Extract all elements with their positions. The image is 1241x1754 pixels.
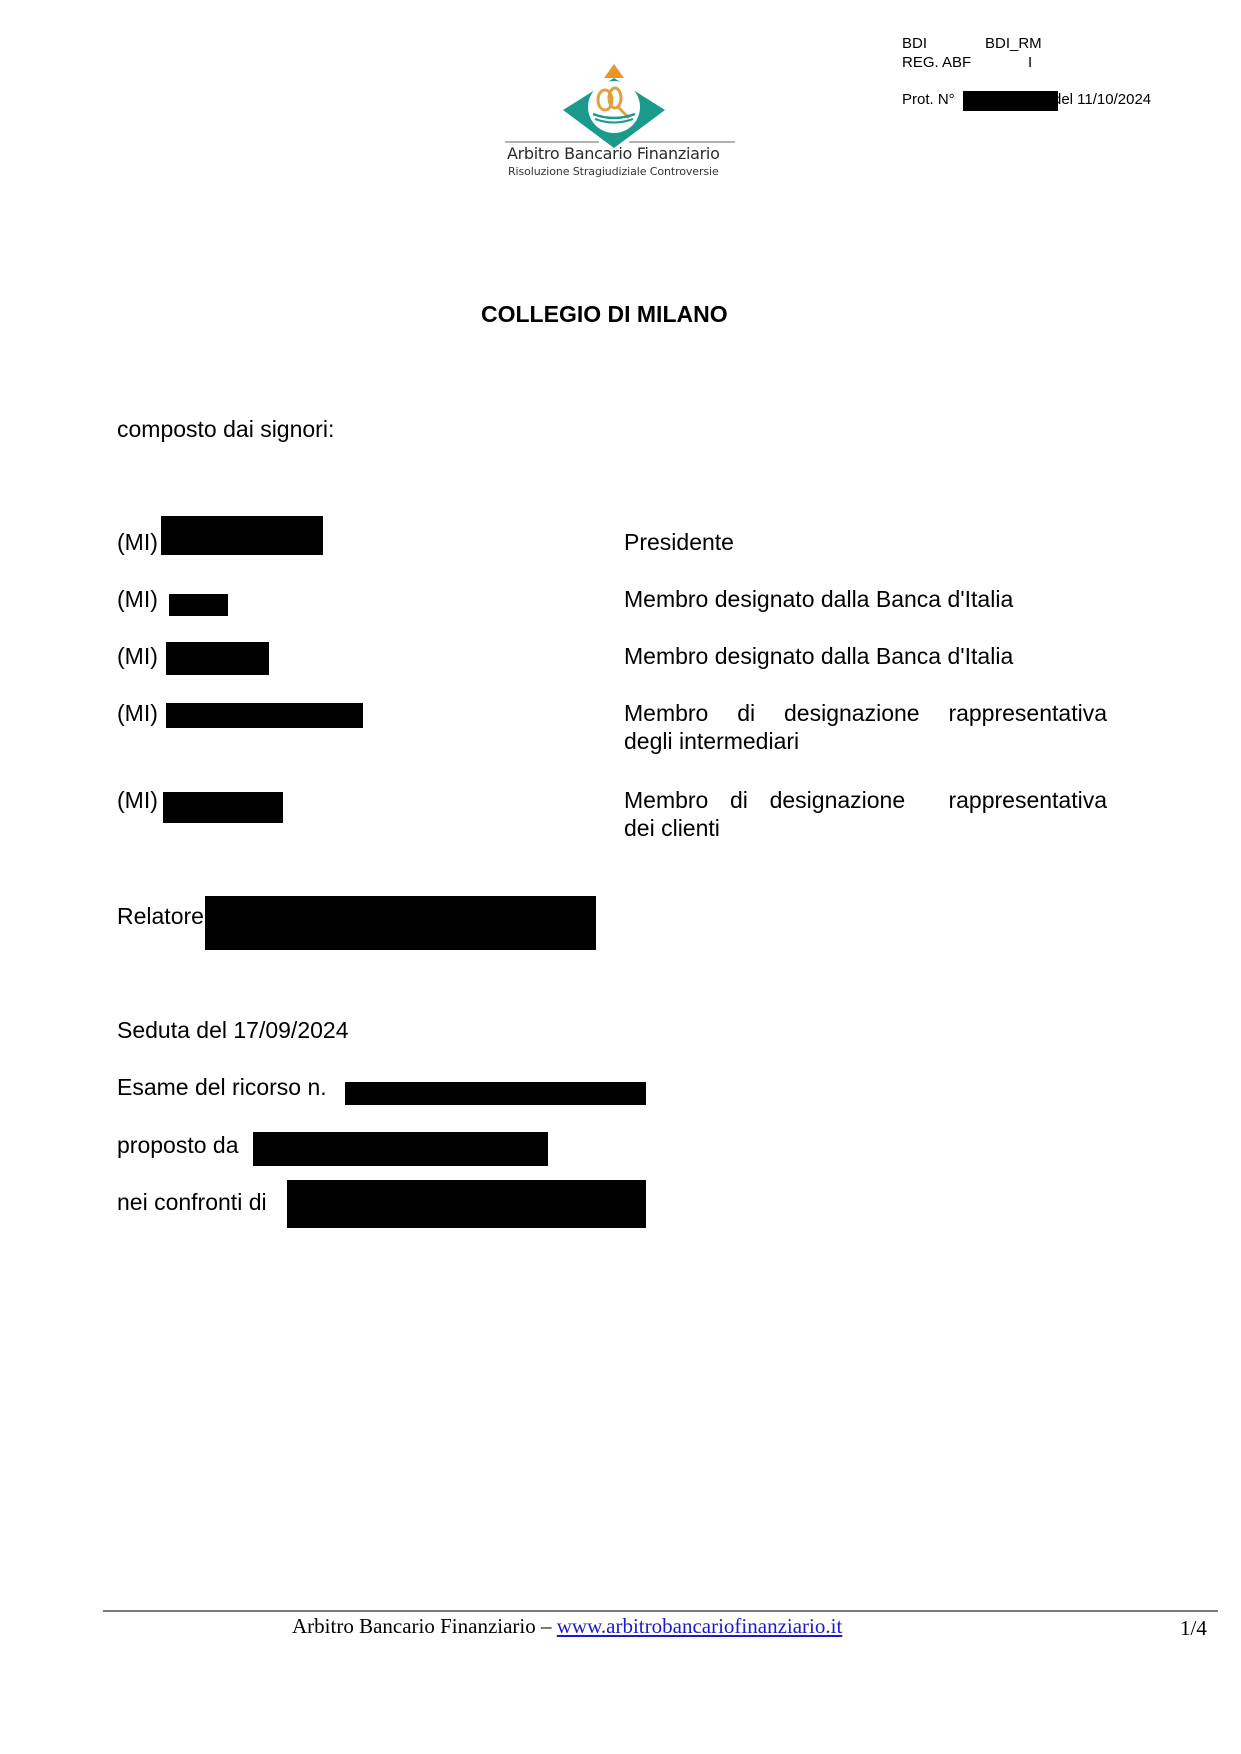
page-number: 1/4 xyxy=(1180,1616,1207,1641)
member-role-4-line2: degli intermediari xyxy=(624,728,799,754)
abf-logo: Arbitro Bancario Finanziario Risoluzione… xyxy=(505,62,735,182)
member-prefix-5: (MI) xyxy=(117,786,158,814)
redacted-intermediario-name xyxy=(287,1180,646,1228)
member-role-1: Presidente xyxy=(624,528,1107,556)
footer-website-link[interactable]: www.arbitrobancariofinanziario.it xyxy=(557,1614,843,1638)
member-role-4-line1: Membro di designazione rappresentativa xyxy=(624,699,1107,727)
redacted-member-name-2 xyxy=(169,594,228,616)
ricorso-label: Esame del ricorso n. xyxy=(117,1073,327,1101)
member-role-4: Membro di designazione rappresentativa d… xyxy=(624,699,1107,755)
redacted-ricorrente-name xyxy=(253,1132,548,1166)
member-prefix-1: (MI) xyxy=(117,528,158,556)
proposto-label: proposto da xyxy=(117,1131,238,1159)
relatore-label: Relatore xyxy=(117,902,204,930)
prot-label: Prot. N° xyxy=(902,91,955,109)
member-prefix-4: (MI) xyxy=(117,699,158,727)
logo-tagline: Risoluzione Stragiudiziale Controversie xyxy=(508,165,719,178)
member-prefix-3: (MI) xyxy=(117,642,158,670)
seduta-date: Seduta del 17/09/2024 xyxy=(117,1016,348,1044)
logo-name: Arbitro Bancario Finanziario xyxy=(507,144,720,163)
redacted-member-name-5 xyxy=(163,792,283,823)
member-role-5-line1: Membro di designazione rappresentativa xyxy=(624,786,1107,814)
footer-divider xyxy=(103,1610,1218,1612)
redacted-ricorso-number xyxy=(345,1082,646,1105)
member-role-2: Membro designato dalla Banca d'Italia xyxy=(624,585,1107,613)
confronti-label: nei confronti di xyxy=(117,1188,267,1216)
prot-date: del 11/10/2024 xyxy=(1053,91,1151,109)
redacted-member-name-3 xyxy=(166,642,269,675)
redacted-relatore-name xyxy=(205,896,596,950)
member-role-3: Membro designato dalla Banca d'Italia xyxy=(624,642,1107,670)
redacted-member-name-1 xyxy=(161,516,323,555)
member-role-5: Membro di designazione rappresentativa d… xyxy=(624,786,1107,842)
redacted-prot-number xyxy=(963,91,1058,111)
page-title: COLLEGIO DI MILANO xyxy=(481,301,728,328)
header-code-value-bdi: BDI_RM xyxy=(985,35,1042,53)
footer: Arbitro Bancario Finanziario – www.arbit… xyxy=(292,1614,842,1639)
redacted-member-name-4 xyxy=(166,703,363,728)
header-code-label-reg: REG. ABF xyxy=(902,54,971,72)
header-code-label-bdi: BDI xyxy=(902,35,927,53)
member-role-5-line2: dei clienti xyxy=(624,815,720,841)
member-prefix-2: (MI) xyxy=(117,585,158,613)
footer-text: Arbitro Bancario Finanziario – xyxy=(292,1614,557,1638)
header-code-value-reg: I xyxy=(1028,54,1032,72)
intro-text: composto dai signori: xyxy=(117,415,334,443)
